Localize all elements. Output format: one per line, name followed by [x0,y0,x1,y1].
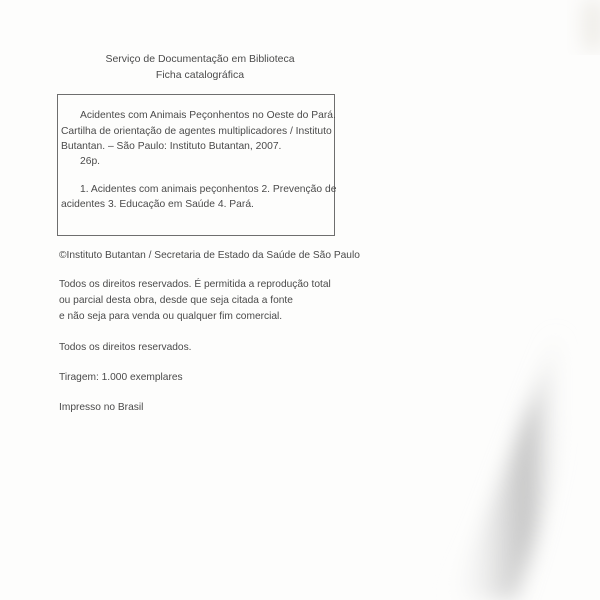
catalog-subject-line: acidentes 3. Educação em Saúde 4. Pará. [61,199,254,210]
catalog-pages: 26p. [80,156,100,167]
rights-paragraph-line: ou parcial desta obra, desde que seja ci… [59,295,293,306]
rights-paragraph-line: e não seja para venda ou qualquer fim co… [59,311,282,322]
print-run: Tiragem: 1.000 exemplares [59,372,183,383]
copyright-line: ©Instituto Butantan / Secretaria de Esta… [59,250,360,261]
catalog-title-line: Butantan. – São Paulo: Instituto Butanta… [61,141,281,152]
document-page: Serviço de Documentação em Biblioteca Fi… [0,0,600,600]
rights-short: Todos os direitos reservados. [59,342,192,353]
header-card-title: Ficha catalográfica [0,67,400,83]
catalog-title-line: Cartilha de orientação de agentes multip… [61,126,331,137]
rights-paragraph-line: Todos os direitos reservados. É permitid… [59,279,331,290]
header-service-title: Serviço de Documentação em Biblioteca [0,51,400,67]
catalog-title-line: Acidentes com Animais Peçonhentos no Oes… [80,110,336,121]
catalog-subject-line: 1. Acidentes com animais peçonhentos 2. … [80,184,336,195]
printed-in: Impresso no Brasil [59,402,143,413]
